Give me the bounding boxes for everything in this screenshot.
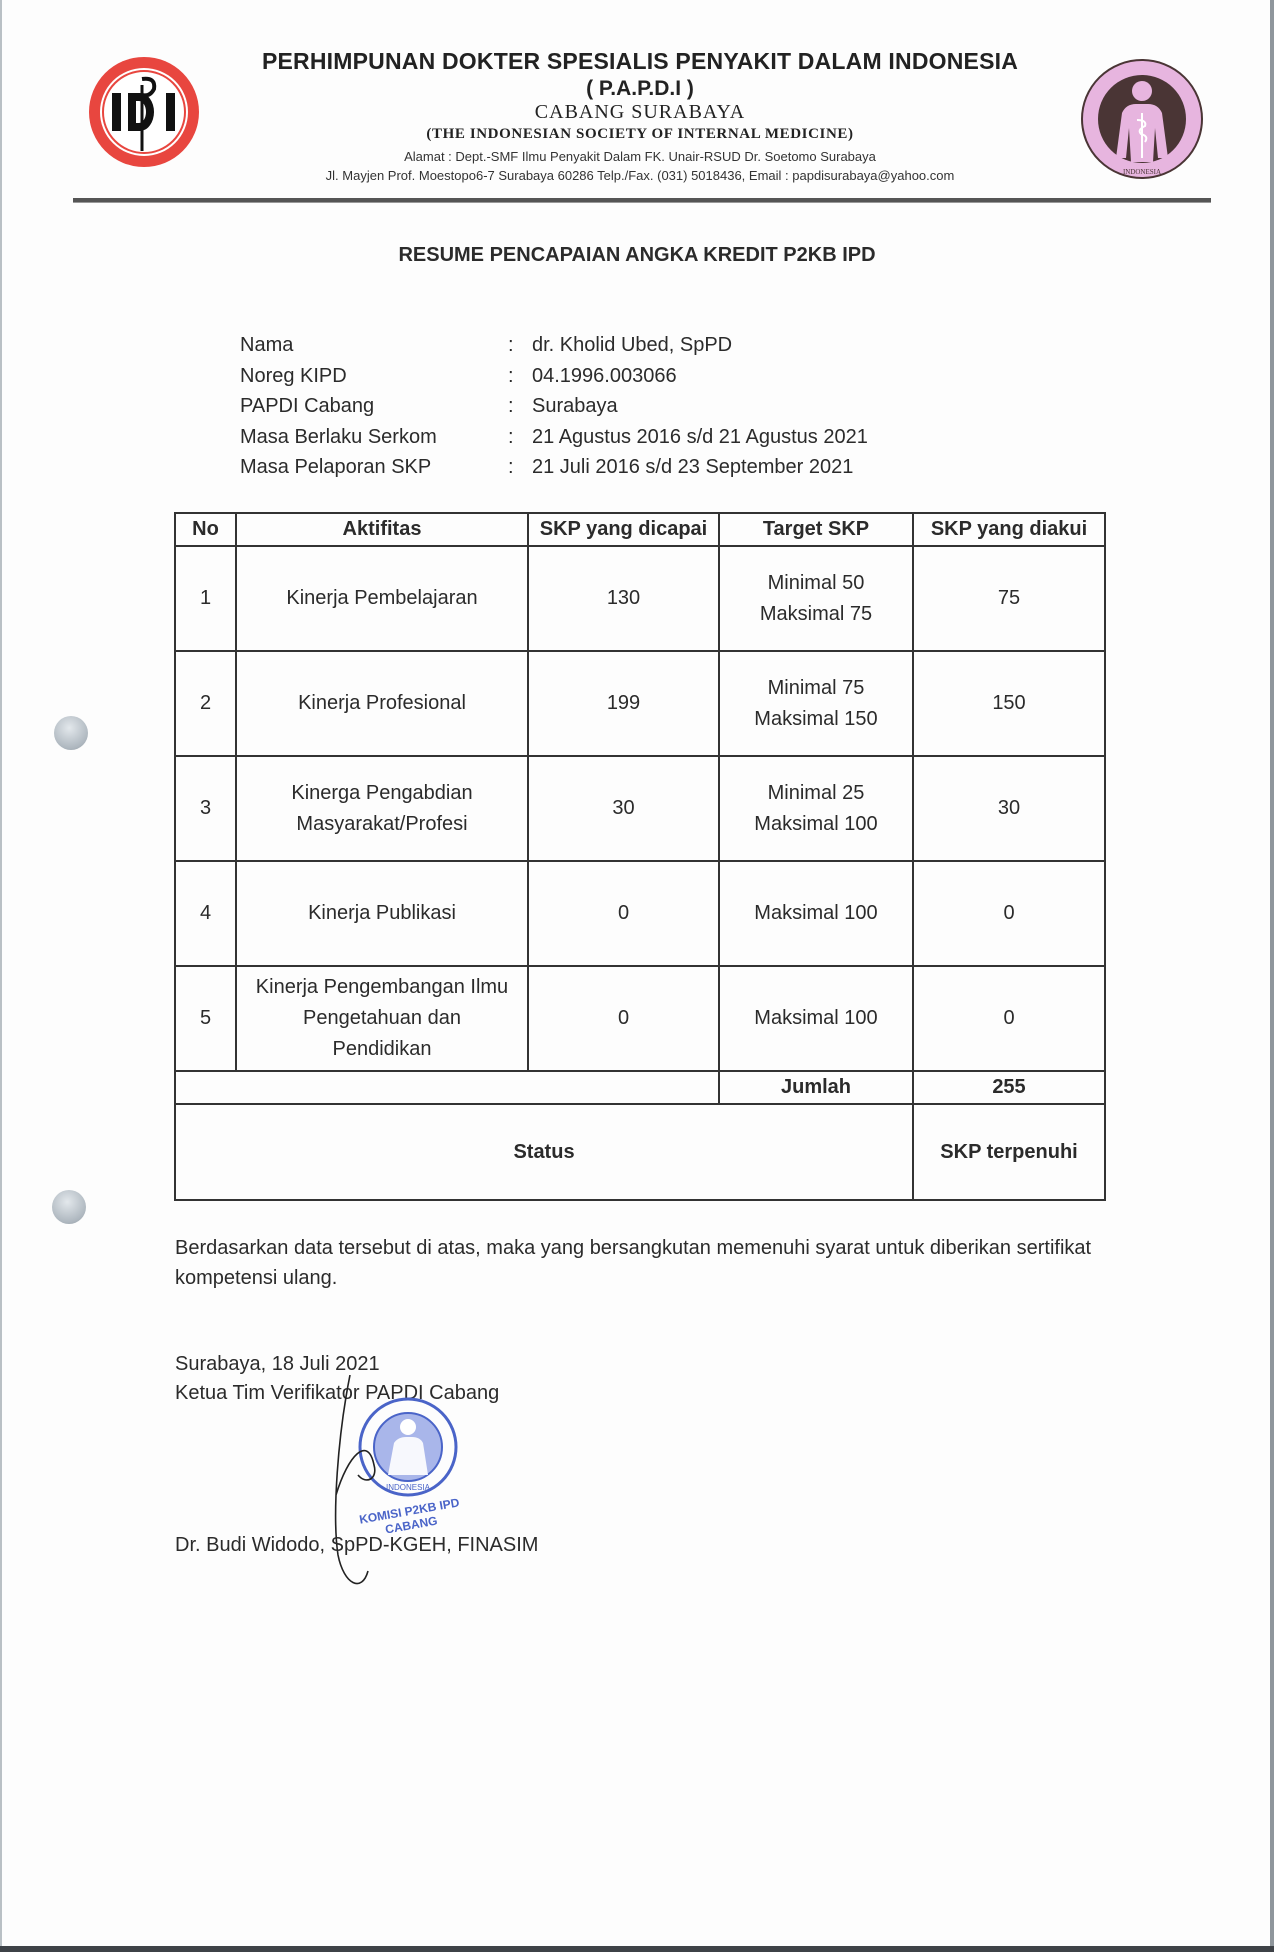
target-cell-line: Minimal 50 bbox=[726, 568, 906, 599]
idi-logo-icon bbox=[84, 55, 204, 170]
info-label: Masa Pelaporan SKP bbox=[240, 452, 508, 483]
activity-cell: Kinerga PengabdianMasyarakat/Profesi bbox=[236, 756, 528, 861]
info-colon: : bbox=[508, 391, 532, 422]
org-english-name: (THE INDONESIAN SOCIETY OF INTERNAL MEDI… bbox=[200, 126, 1080, 143]
target-cell: Minimal 25Maksimal 100 bbox=[719, 756, 913, 861]
column-header: Aktifitas bbox=[236, 513, 528, 546]
official-stamp-icon: INDONESIA KOMISI P2KB IPD CABANG bbox=[328, 1375, 488, 1595]
table-row: 4Kinerja Publikasi0Maksimal 1000 bbox=[175, 861, 1105, 966]
achieved-cell: 199 bbox=[528, 651, 719, 756]
row-number: 1 bbox=[175, 546, 236, 651]
target-cell-line: Maksimal 100 bbox=[726, 809, 906, 840]
org-name: PERHIMPUNAN DOKTER SPESIALIS PENYAKIT DA… bbox=[200, 48, 1080, 75]
column-header: Target SKP bbox=[719, 513, 913, 546]
info-label: Nama bbox=[240, 330, 508, 361]
info-colon: : bbox=[508, 330, 532, 361]
target-cell-line: Maksimal 100 bbox=[726, 1003, 906, 1034]
table-header-row: NoAktifitasSKP yang dicapaiTarget SKPSKP… bbox=[175, 513, 1105, 546]
info-value: 04.1996.003066 bbox=[532, 361, 677, 392]
total-label: Jumlah bbox=[719, 1071, 913, 1104]
scan-edge-bottom bbox=[0, 1946, 1274, 1952]
target-cell-line: Minimal 25 bbox=[726, 778, 906, 809]
table-row: 1Kinerja Pembelajaran130Minimal 50Maksim… bbox=[175, 546, 1105, 651]
total-spacer bbox=[175, 1071, 719, 1104]
document-title: RESUME PENCAPAIAN ANGKA KREDIT P2KB IPD bbox=[0, 244, 1274, 267]
activity-cell-line: Kinerga Pengabdian bbox=[243, 778, 521, 809]
personal-info: Nama:dr. Kholid Ubed, SpPDNoreg KIPD:04.… bbox=[240, 330, 868, 483]
status-label: Status bbox=[175, 1104, 913, 1200]
svg-text:INDONESIA: INDONESIA bbox=[1123, 168, 1161, 176]
recognized-cell: 30 bbox=[913, 756, 1105, 861]
activity-cell-line: Masyarakat/Profesi bbox=[243, 809, 521, 840]
activity-cell-line: Kinerja Publikasi bbox=[243, 898, 521, 929]
target-cell-line: Minimal 75 bbox=[726, 673, 906, 704]
target-cell-line: Maksimal 150 bbox=[726, 704, 906, 735]
info-row: Noreg KIPD:04.1996.003066 bbox=[240, 361, 868, 392]
total-value: 255 bbox=[913, 1071, 1105, 1104]
info-colon: : bbox=[508, 452, 532, 483]
org-branch: CABANG SURABAYA bbox=[200, 101, 1080, 124]
activity-cell: Kinerja Pengembangan IlmuPengetahuan dan… bbox=[236, 966, 528, 1071]
punch-hole-icon bbox=[54, 716, 88, 750]
info-value: dr. Kholid Ubed, SpPD bbox=[532, 330, 732, 361]
achieved-cell: 30 bbox=[528, 756, 719, 861]
activity-cell-line: Kinerja Pengembangan Ilmu bbox=[243, 972, 521, 1003]
column-header: SKP yang dicapai bbox=[528, 513, 719, 546]
achieved-cell: 0 bbox=[528, 966, 719, 1071]
info-label: Noreg KIPD bbox=[240, 361, 508, 392]
activity-cell-line: Pengetahuan dan bbox=[243, 1003, 521, 1034]
target-cell: Minimal 75Maksimal 150 bbox=[719, 651, 913, 756]
scan-edge-right bbox=[1270, 0, 1274, 1952]
target-cell: Maksimal 100 bbox=[719, 861, 913, 966]
recognized-cell: 0 bbox=[913, 966, 1105, 1071]
org-address-line-2: Jl. Mayjen Prof. Moestopo6-7 Surabaya 60… bbox=[200, 168, 1080, 183]
column-header: SKP yang diakui bbox=[913, 513, 1105, 546]
target-cell-line: Maksimal 75 bbox=[726, 599, 906, 630]
activity-cell-line: Kinerja Pembelajaran bbox=[243, 583, 521, 614]
letterhead-divider bbox=[73, 198, 1211, 203]
info-value: 21 Juli 2016 s/d 23 September 2021 bbox=[532, 452, 853, 483]
target-cell: Maksimal 100 bbox=[719, 966, 913, 1071]
row-number: 3 bbox=[175, 756, 236, 861]
punch-hole-icon bbox=[52, 1190, 86, 1224]
achieved-cell: 0 bbox=[528, 861, 719, 966]
info-value: Surabaya bbox=[532, 391, 618, 422]
table-row: 5Kinerja Pengembangan IlmuPengetahuan da… bbox=[175, 966, 1105, 1071]
recognized-cell: 150 bbox=[913, 651, 1105, 756]
papdi-logo-icon: INDONESIA bbox=[1080, 58, 1204, 180]
skp-table: NoAktifitasSKP yang dicapaiTarget SKPSKP… bbox=[174, 512, 1106, 1201]
total-row: Jumlah 255 bbox=[175, 1071, 1105, 1104]
recognized-cell: 75 bbox=[913, 546, 1105, 651]
activity-cell-line: Pendidikan bbox=[243, 1034, 521, 1065]
info-label: PAPDI Cabang bbox=[240, 391, 508, 422]
table-row: 2Kinerja Profesional199Minimal 75Maksima… bbox=[175, 651, 1105, 756]
row-number: 2 bbox=[175, 651, 236, 756]
info-row: Masa Berlaku Serkom:21 Agustus 2016 s/d … bbox=[240, 422, 868, 453]
scan-edge-left bbox=[0, 0, 2, 1952]
signer-name: Dr. Budi Widodo, SpPD-KGEH, FINASIM bbox=[175, 1534, 538, 1557]
target-cell: Minimal 50Maksimal 75 bbox=[719, 546, 913, 651]
activity-cell: Kinerja Profesional bbox=[236, 651, 528, 756]
status-row: Status SKP terpenuhi bbox=[175, 1104, 1105, 1200]
org-abbreviation: ( P.A.P.D.I ) bbox=[200, 77, 1080, 101]
target-cell-line: Maksimal 100 bbox=[726, 898, 906, 929]
table-row: 3Kinerga PengabdianMasyarakat/Profesi30M… bbox=[175, 756, 1105, 861]
column-header: No bbox=[175, 513, 236, 546]
recognized-cell: 0 bbox=[913, 861, 1105, 966]
row-number: 5 bbox=[175, 966, 236, 1071]
info-label: Masa Berlaku Serkom bbox=[240, 422, 508, 453]
achieved-cell: 130 bbox=[528, 546, 719, 651]
activity-cell: Kinerja Publikasi bbox=[236, 861, 528, 966]
row-number: 4 bbox=[175, 861, 236, 966]
info-row: Masa Pelaporan SKP:21 Juli 2016 s/d 23 S… bbox=[240, 452, 868, 483]
info-row: PAPDI Cabang:Surabaya bbox=[240, 391, 868, 422]
activity-cell-line: Kinerja Profesional bbox=[243, 688, 521, 719]
activity-cell: Kinerja Pembelajaran bbox=[236, 546, 528, 651]
info-row: Nama:dr. Kholid Ubed, SpPD bbox=[240, 330, 868, 361]
status-value: SKP terpenuhi bbox=[913, 1104, 1105, 1200]
org-address-line-1: Alamat : Dept.-SMF Ilmu Penyakit Dalam F… bbox=[200, 149, 1080, 164]
conclusion-text: Berdasarkan data tersebut di atas, maka … bbox=[175, 1233, 1125, 1293]
info-colon: : bbox=[508, 422, 532, 453]
info-value: 21 Agustus 2016 s/d 21 Agustus 2021 bbox=[532, 422, 868, 453]
svg-text:INDONESIA: INDONESIA bbox=[386, 1483, 431, 1492]
info-colon: : bbox=[508, 361, 532, 392]
